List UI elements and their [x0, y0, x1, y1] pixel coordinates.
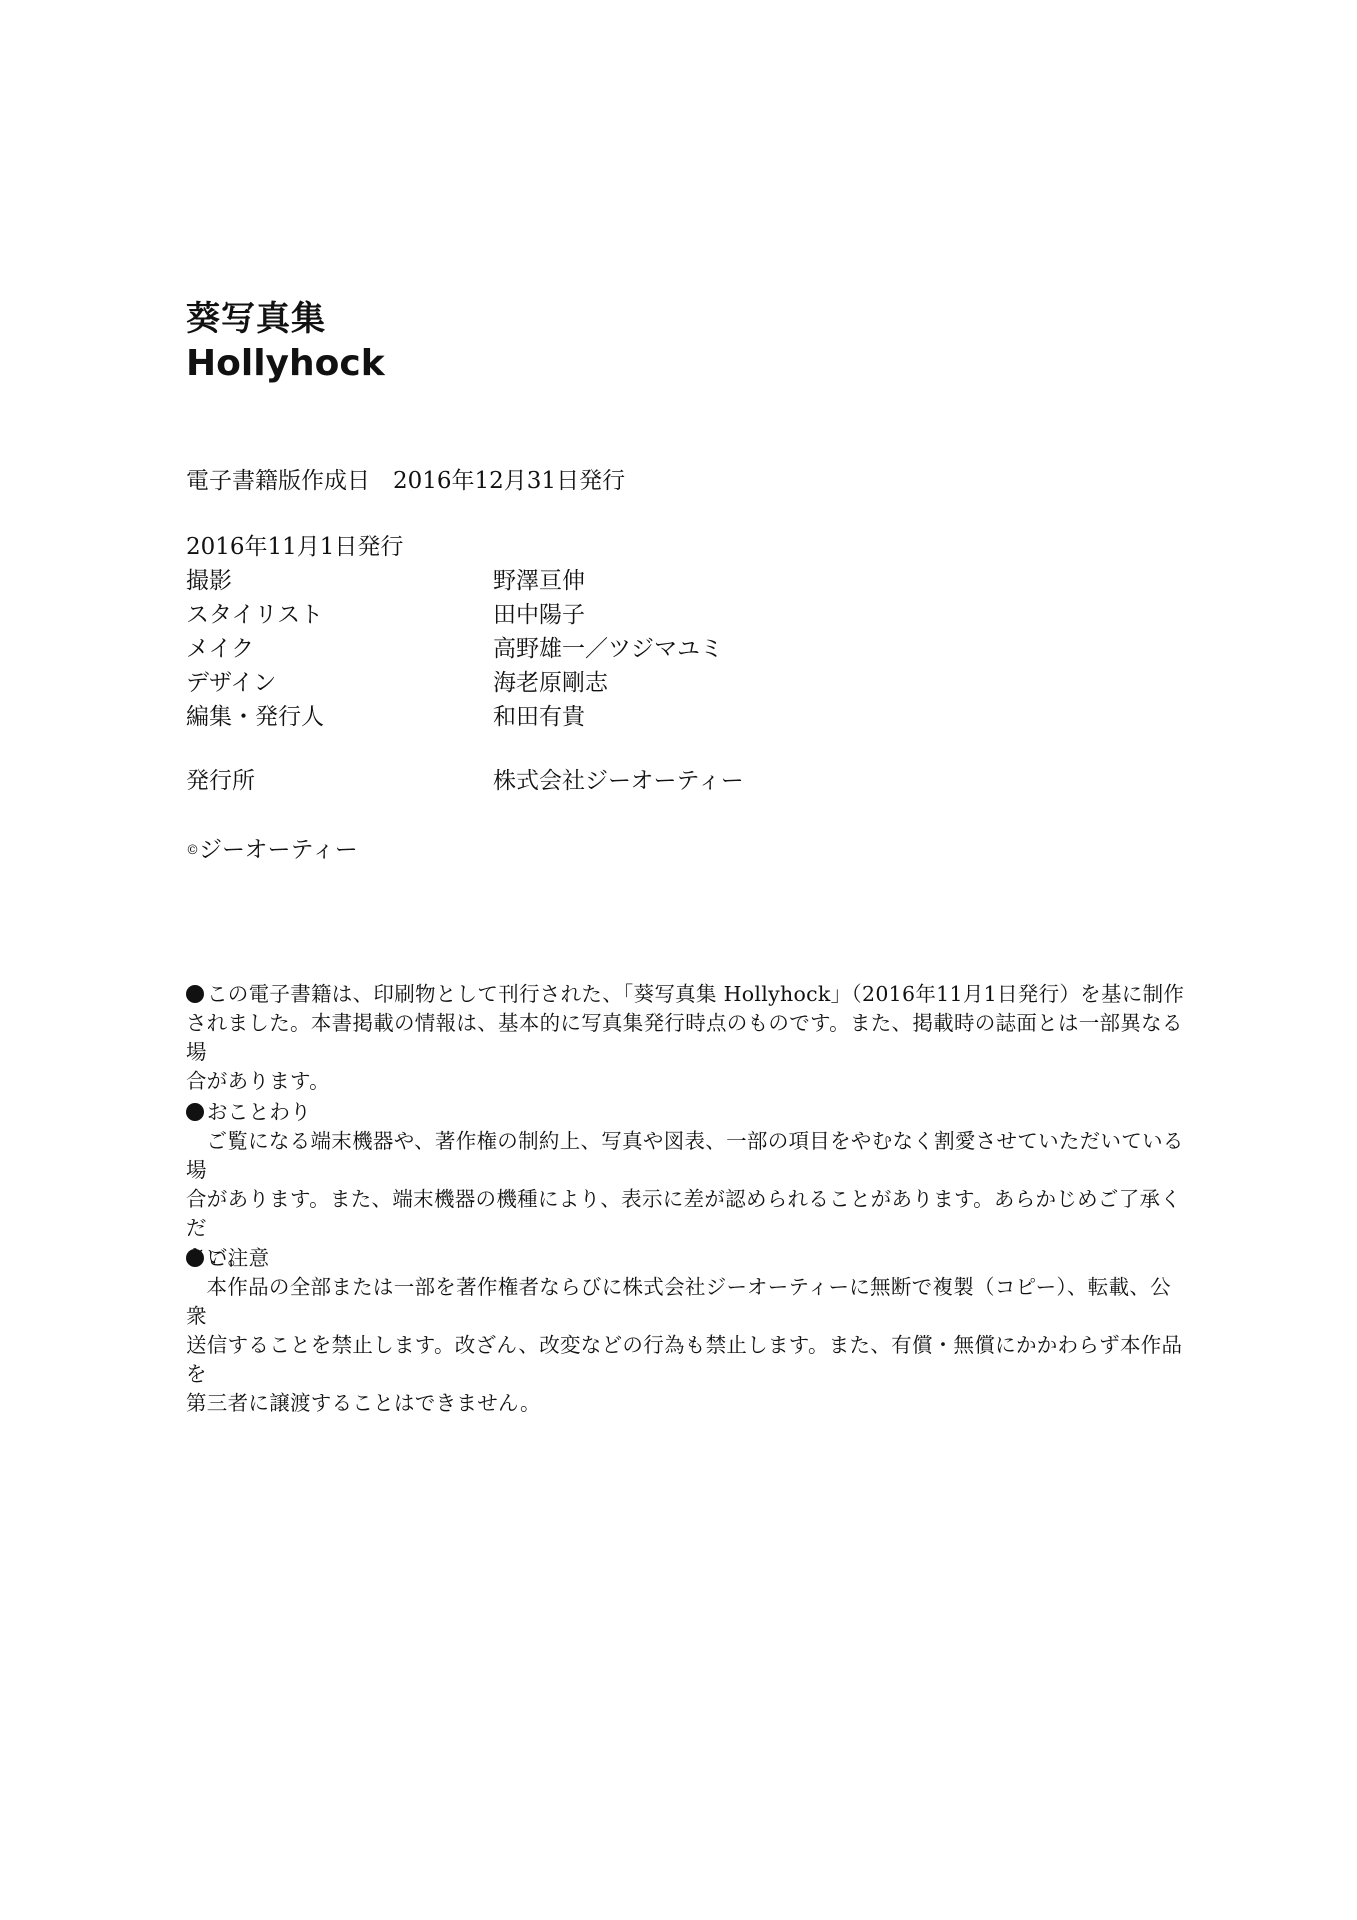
- credit-row-makeup: メイク 高野雄一／ツジマユミ: [186, 632, 723, 666]
- title-english: Hollyhock: [186, 340, 385, 388]
- notice-line: 合があります。: [186, 1067, 1186, 1096]
- credit-name: 和田有貴: [493, 700, 585, 734]
- notice-line: 送信することを禁止します。改ざん、改変などの行為も禁止します。また、有償・無償に…: [186, 1331, 1186, 1389]
- notice-heading: ご注意: [186, 1244, 1186, 1273]
- bullet-icon: [186, 985, 204, 1003]
- caution-notice: ご注意 本作品の全部または一部を著作権者ならびに株式会社ジーオーティーに無断で複…: [186, 1244, 1186, 1418]
- notice-line: されました。本書掲載の情報は、基本的に写真集発行時点のものです。また、掲載時の誌…: [186, 1009, 1186, 1067]
- publisher-role: 発行所: [186, 764, 493, 798]
- colophon-page: 葵写真集 Hollyhock 電子書籍版作成日 2016年12月31日発行 20…: [0, 0, 1357, 1920]
- copyright-holder: ジーオーティー: [199, 837, 358, 863]
- credit-name: 高野雄一／ツジマユミ: [493, 632, 723, 666]
- notice-line: この電子書籍は、印刷物として刊行された、「葵写真集 Hollyhock」（201…: [186, 980, 1186, 1009]
- notice-heading: おことわり: [186, 1098, 1186, 1127]
- credit-role: 撮影: [186, 564, 493, 598]
- credit-role: デザイン: [186, 666, 493, 700]
- notice-line: ご覧になる端末機器や、著作権の制約上、写真や図表、一部の項目をやむなく割愛させて…: [186, 1127, 1186, 1185]
- ebook-edition-date: 電子書籍版作成日 2016年12月31日発行: [186, 465, 625, 497]
- title-japanese: 葵写真集: [186, 298, 385, 340]
- credit-role: 編集・発行人: [186, 700, 493, 734]
- credit-role: メイク: [186, 632, 493, 666]
- notice-heading-text: ご注意: [207, 1246, 269, 1270]
- ebook-notice: この電子書籍は、印刷物として刊行された、「葵写真集 Hollyhock」（201…: [186, 980, 1186, 1096]
- credit-role: スタイリスト: [186, 598, 493, 632]
- publisher-row: 発行所 株式会社ジーオーティー: [186, 764, 744, 798]
- bullet-icon: [186, 1103, 204, 1121]
- bullet-icon: [186, 1249, 204, 1267]
- credit-name: 野澤亘伸: [493, 564, 585, 598]
- copyright-mark: ©: [186, 843, 199, 858]
- credit-row-photography: 撮影 野澤亘伸: [186, 564, 723, 598]
- book-title: 葵写真集 Hollyhock: [186, 298, 385, 388]
- credit-row-editor-publisher: 編集・発行人 和田有貴: [186, 700, 723, 734]
- credit-row-stylist: スタイリスト 田中陽子: [186, 598, 723, 632]
- copyright-line: ©ジーオーティー: [186, 833, 358, 868]
- notice-line: 合があります。また、端末機器の機種により、表示に差が認められることがあります。あ…: [186, 1185, 1186, 1243]
- credits-block: 2016年11月1日発行 撮影 野澤亘伸 スタイリスト 田中陽子 メイク 高野雄…: [186, 530, 723, 734]
- credit-name: 田中陽子: [493, 598, 585, 632]
- notice-line: 本作品の全部または一部を著作権者ならびに株式会社ジーオーティーに無断で複製（コピ…: [186, 1273, 1186, 1331]
- publisher-name: 株式会社ジーオーティー: [493, 764, 744, 798]
- credit-row-design: デザイン 海老原剛志: [186, 666, 723, 700]
- credit-name: 海老原剛志: [493, 666, 608, 700]
- notice-line: 第三者に譲渡することはできません。: [186, 1389, 1186, 1418]
- notice-text: この電子書籍は、印刷物として刊行された、「葵写真集 Hollyhock」（201…: [207, 982, 1184, 1006]
- print-publication-date: 2016年11月1日発行: [186, 530, 723, 564]
- notice-heading-text: おことわり: [207, 1100, 311, 1124]
